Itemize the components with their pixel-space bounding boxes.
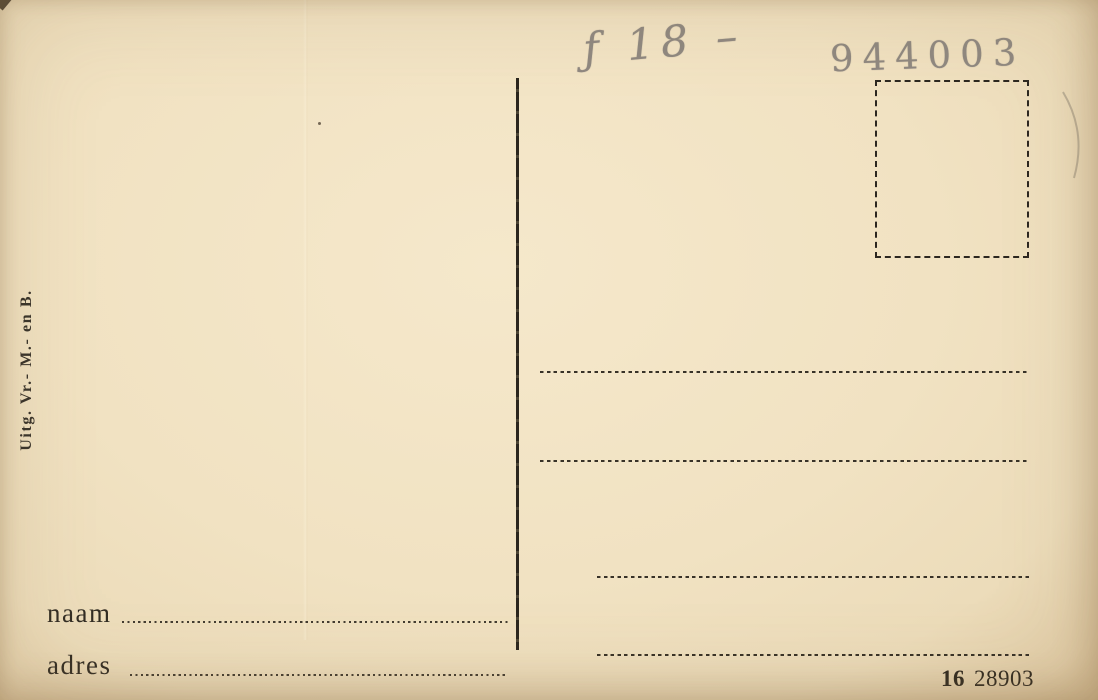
divider-line	[516, 78, 519, 650]
pencil-price-annotation: ƒ 18 –	[581, 11, 746, 75]
address-label: adres	[47, 650, 111, 681]
name-label: naam	[47, 598, 111, 629]
name-dotted-line	[122, 621, 508, 623]
corner-mark	[0, 0, 12, 11]
paper-speck	[318, 122, 321, 125]
paper-crease	[303, 0, 308, 640]
serial-number: 1628903	[941, 666, 1034, 692]
serial-rest: 28903	[974, 666, 1034, 691]
pencil-number-annotation: 944003	[829, 31, 1026, 81]
address-line-3	[597, 576, 1030, 578]
address-line-2	[540, 460, 1028, 462]
address-line-1	[540, 371, 1028, 373]
stamp-box	[875, 80, 1029, 258]
publisher-imprint: Uitg. Vr.- M.- en B.	[18, 289, 36, 450]
serial-prefix: 16	[941, 666, 965, 691]
address-line-4	[597, 654, 1030, 656]
postcard-back: ƒ 18 – 944003 Uitg. Vr.- M.- en B. naam …	[0, 0, 1098, 700]
address-dotted-line	[130, 674, 508, 676]
